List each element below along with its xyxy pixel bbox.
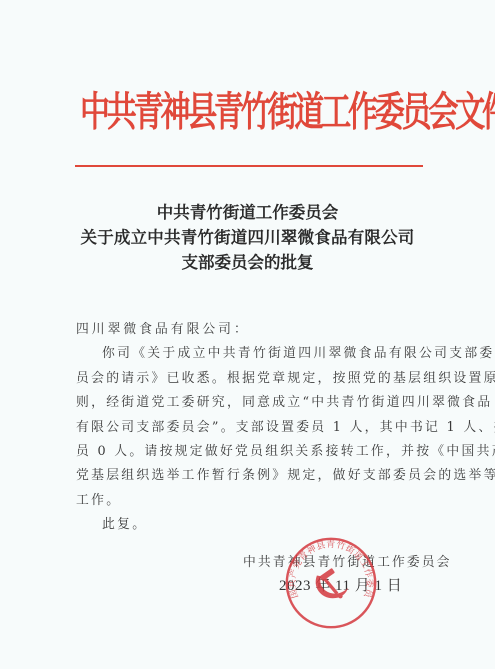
document-title-line-3: 支部委员会的批复 (0, 250, 495, 275)
document-title-line-1: 中共青竹街道工作委员会 (0, 200, 495, 225)
document-title: 中共青竹街道工作委员会 关于成立中共青竹街道四川翠微食品有限公司 支部委员会的批… (0, 200, 495, 275)
salutation: 四川翠微食品有限公司： (76, 318, 428, 342)
body-line: 员会的请示》已收悉。根据党章规定，按照党的基层组织设置原 (76, 367, 428, 391)
body-line: 则，经街道党工委研究，同意成立“中共青竹街道四川翠微食品 (76, 391, 428, 415)
closing: 此复。 (76, 513, 428, 537)
document-title-line-2: 关于成立中共青竹街道四川翠微食品有限公司 (0, 225, 495, 250)
red-header-title: 中共青神县青竹街道工作委员会文件 (80, 82, 425, 143)
document-body: 四川翠微食品有限公司： 你司《关于成立中共青竹街道四川翠微食品有限公司支部委 员… (76, 318, 428, 538)
red-header-rule (75, 165, 423, 167)
body-line: 工作。 (76, 489, 428, 513)
issuer-signature: 中共青神县青竹街道工作委员会 (243, 551, 452, 570)
body-line: 有限公司支部委员会”。支部设置委员 1 人，其中书记 1 人、委 (76, 416, 428, 440)
body-line: 党基层组织选举工作暂行条例》规定，做好支部委员会的选举等 (76, 464, 428, 488)
body-line: 你司《关于成立中共青竹街道四川翠微食品有限公司支部委 (76, 342, 428, 366)
body-line: 员 0 人。请按规定做好党员组织关系接转工作，并按《中国共产 (76, 440, 428, 464)
document-page: 中共青神县青竹街道工作委员会文件 中共青竹街道工作委员会 关于成立中共青竹街道四… (0, 0, 495, 669)
issue-date: 2023 年 11 月 1 日 (279, 574, 402, 595)
